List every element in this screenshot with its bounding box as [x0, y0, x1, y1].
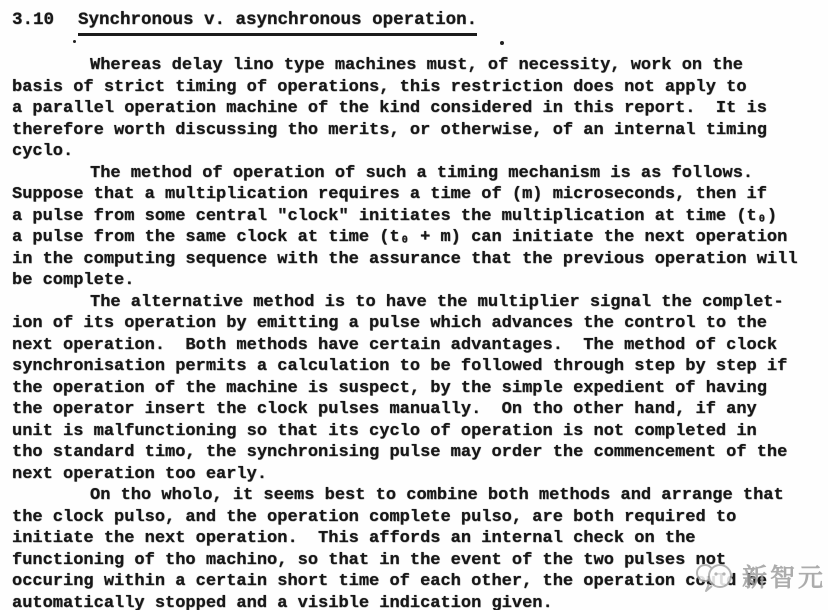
text-line: Suppose that a multiplication requires a… — [12, 184, 818, 206]
text-line: synchronisation permits a calculation to… — [12, 356, 818, 378]
paragraph-3: The alternative method is to have the mu… — [12, 292, 818, 486]
speech-bubble-face-icon — [692, 560, 738, 592]
text-line: the clock pulso, and the operation compl… — [12, 507, 818, 529]
text-line: On tho wholo, it seems best to combine b… — [12, 485, 818, 507]
text-line: cyclo. — [12, 141, 818, 163]
text-line: therefore worth discussing tho merits, o… — [12, 120, 818, 142]
section-heading: 3.10 Synchronous v. asynchronous operati… — [12, 8, 818, 36]
text-line: tho standard timo, the synchronising pul… — [12, 442, 818, 464]
paragraph-2: The method of operation of such a timing… — [12, 163, 818, 292]
watermark: 新智元 — [692, 558, 826, 594]
ink-speck-artifact — [500, 41, 504, 45]
text-line: in the computing sequence with the assur… — [12, 249, 818, 271]
watermark-text: 新智元 — [742, 558, 826, 594]
text-line: initiate the next operation. This afford… — [12, 528, 818, 550]
text-line: a pulse from some central "clock" initia… — [12, 206, 818, 228]
text-line: automatically stopped and a visible indi… — [12, 593, 818, 610]
text-line: unit is malfunctioning so that its cyclo… — [12, 421, 818, 443]
ink-speck-artifact — [73, 40, 76, 43]
text-line: the operation of the machine is suspect,… — [12, 378, 818, 400]
text-line: next operation. Both methods have certai… — [12, 335, 818, 357]
text-line: Whereas delay lino type machines must, o… — [12, 55, 818, 77]
section-title: Synchronous v. asynchronous operation. — [78, 8, 477, 36]
text-line: The alternative method is to have the mu… — [12, 292, 818, 314]
section-number: 3.10 — [12, 8, 54, 32]
text-line: be complete. — [12, 270, 818, 292]
text-line: next operation too early. — [12, 464, 818, 486]
text-line: ion of its operation by emitting a pulse… — [12, 313, 818, 335]
scanned-document-page: 3.10 Synchronous v. asynchronous operati… — [0, 0, 828, 610]
text-line: a parallel operation machine of the kind… — [12, 98, 818, 120]
text-line: basis of strict timing of operations, th… — [12, 77, 818, 99]
paragraph-1: Whereas delay lino type machines must, o… — [12, 55, 818, 163]
document-body: 3.10 Synchronous v. asynchronous operati… — [12, 8, 818, 610]
text-line: The method of operation of such a timing… — [12, 163, 818, 185]
text-line: the operator insert the clock pulses man… — [12, 399, 818, 421]
text-line: a pulse from the same clock at time (t₀ … — [12, 227, 818, 249]
